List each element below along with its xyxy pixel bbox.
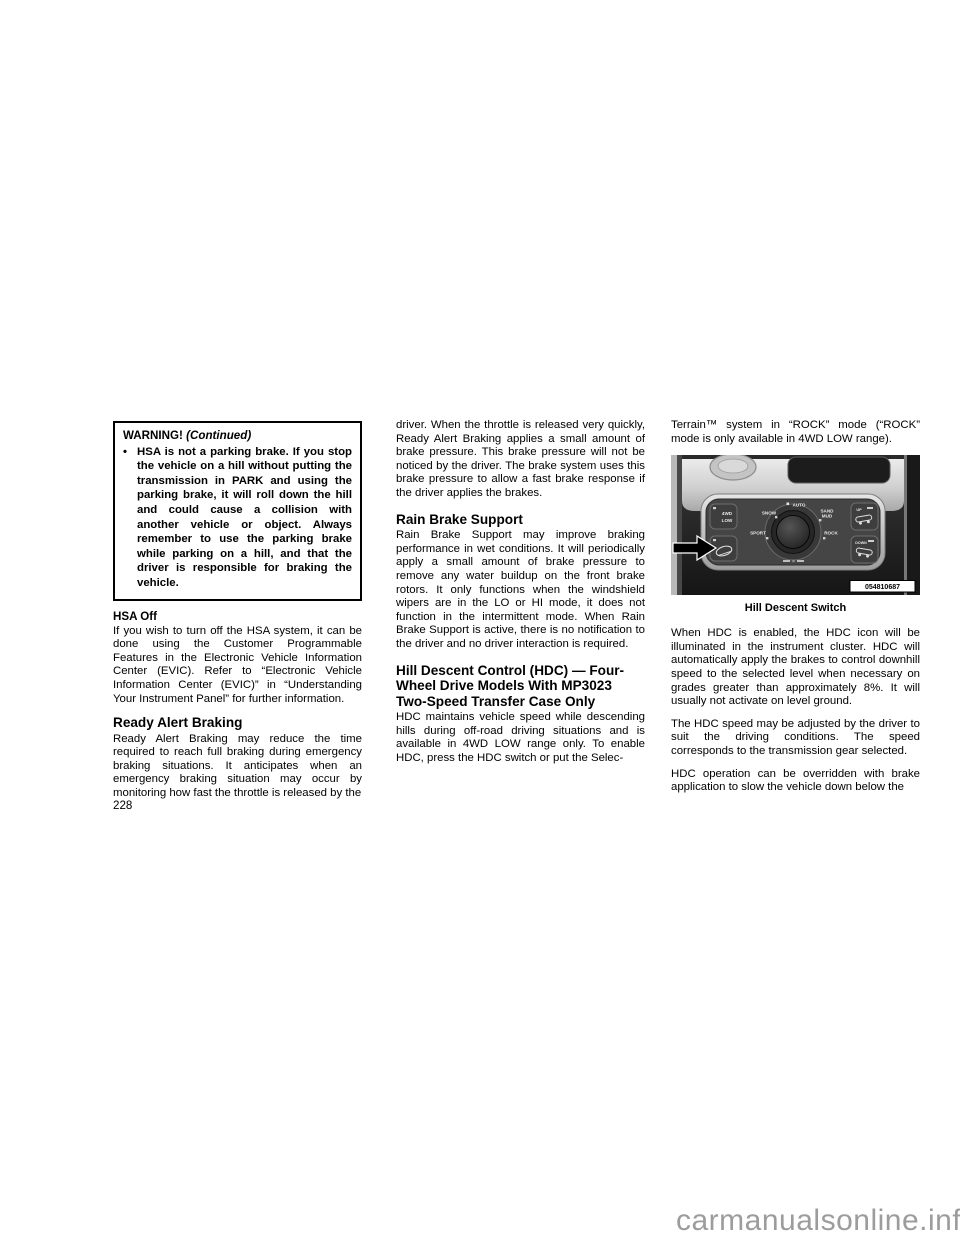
warning-title: WARNING! (Continued) [123,429,352,444]
right-trim-edge [904,455,907,595]
warning-title-label: WARNING! [123,429,183,442]
hdc-speed-paragraph: The HDC speed may be adjusted by the dri… [671,718,920,759]
sand-mud-indicator [819,519,821,521]
dial-label-mud: MUD [822,514,833,519]
column-left: WARNING! (Continued) • HSA is not a park… [113,421,362,810]
rain-brake-paragraph: Rain Brake Support may improve braking p… [396,529,645,651]
hdc-indicator [713,539,716,541]
button-label-down: DOWN [855,541,867,545]
snow-indicator [775,516,777,518]
ready-alert-paragraph: Ready Alert Braking may reduce the time … [113,733,362,801]
ascent-up-button [851,503,878,530]
figure-caption: Hill Descent Switch [671,602,920,615]
hill-descent-switch-figure: AUTO SNOW SAND MUD SPORT ROCK 4WD LOW [671,455,920,615]
dial-label-snow: SNOW [762,511,777,516]
hill-descent-control-heading: Hill Descent Control (HDC) — Four-Wheel … [396,663,645,710]
bullet-marker: • [123,445,137,591]
hdc-paragraph: HDC maintains vehicle speed while descen… [396,711,645,765]
left-trim-shadow [677,455,682,595]
dial-bottom-mark-right [797,560,804,562]
selec-terrain-knob [777,516,810,549]
button-label-4wd: 4WD [722,511,733,516]
left-trim [671,455,677,595]
warning-bullet-text: HSA is not a parking brake. If you stop … [137,445,352,591]
auto-indicator [787,503,790,506]
button-label-low: LOW [722,518,733,523]
hsa-off-heading: HSA Off [113,610,362,624]
warning-bullet-item: • HSA is not a parking brake. If you sto… [123,445,352,591]
rock-indicator [823,537,825,539]
photo-id-text: 054810687 [865,584,900,591]
rubber-tray [788,457,890,483]
dial-label-sport: SPORT [750,531,766,536]
dial-bottom-dot [792,560,795,563]
up-indicator [867,507,873,509]
page-number: 228 [113,799,132,812]
hdc-override-paragraph: HDC operation can be overridden with bra… [671,768,920,795]
manual-page: WARNING! (Continued) • HSA is not a park… [0,0,960,1242]
warning-continued-label: (Continued) [186,429,251,442]
sport-indicator [766,537,768,539]
hdc-continuation-paragraph: Terrain™ system in “ROCK” mode (“ROCK” m… [671,419,920,446]
column-right: Terrain™ system in “ROCK” mode (“ROCK” m… [671,419,920,804]
rain-brake-support-heading: Rain Brake Support [396,512,645,528]
ready-alert-continuation-paragraph: driver. When the throttle is released ve… [396,419,645,501]
hsa-off-paragraph: If you wish to turn off the HSA system, … [113,625,362,707]
oval-trim-inner [718,459,748,473]
ready-alert-braking-heading: Ready Alert Braking [113,715,362,731]
dial-label-auto: AUTO [793,503,806,508]
column-middle: driver. When the throttle is released ve… [396,419,645,775]
dial-label-rock: ROCK [824,531,838,536]
right-trim [907,455,920,595]
console-photo: AUTO SNOW SAND MUD SPORT ROCK 4WD LOW [671,455,920,595]
button-label-up: UP [856,508,862,512]
warning-box: WARNING! (Continued) • HSA is not a park… [113,421,362,601]
fwd-low-indicator [713,507,716,509]
dial-bottom-mark-left [783,560,790,562]
watermark: carmanualsonline.info [676,1204,960,1238]
down-indicator [868,540,874,542]
hdc-enabled-paragraph: When HDC is enabled, the HDC icon will b… [671,627,920,709]
